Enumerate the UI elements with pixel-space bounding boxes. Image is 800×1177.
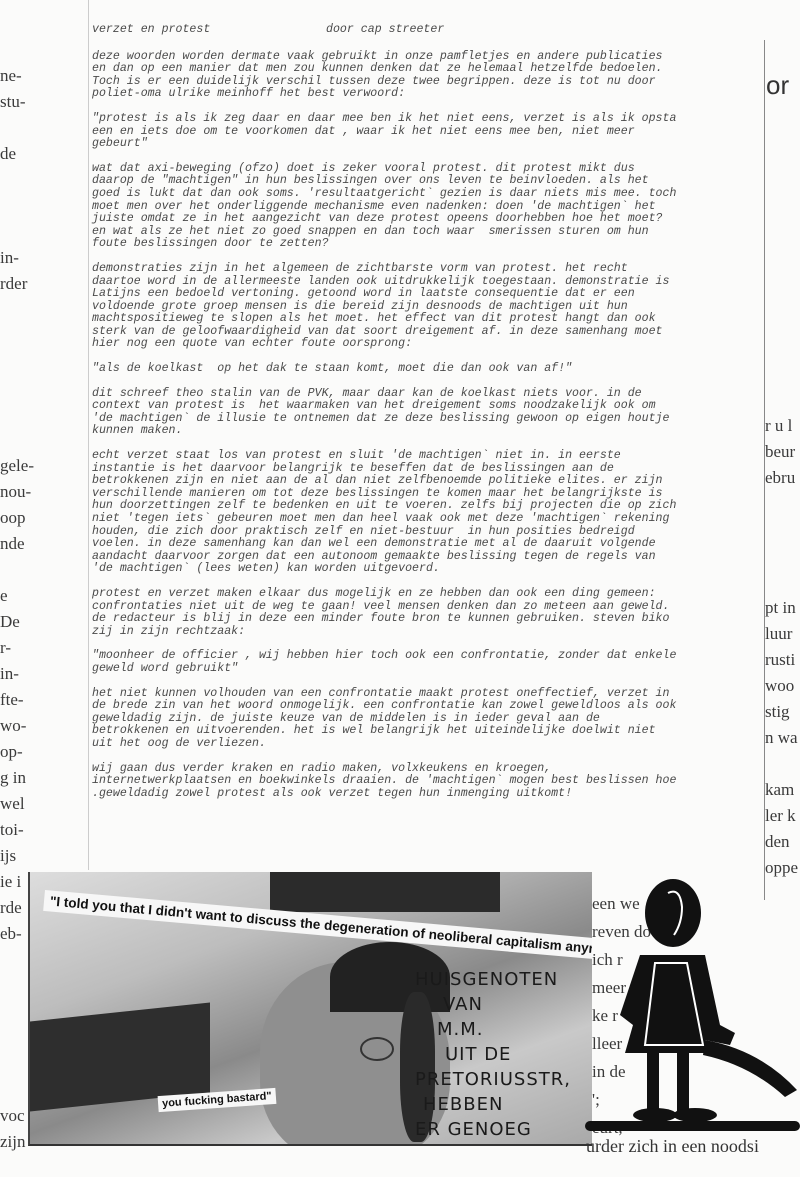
- article-paragraph: echt verzet staat los van protest en slu…: [92, 450, 762, 576]
- stick-figure-drawing-icon: [585, 875, 800, 1137]
- background-text-fragment: [0, 166, 50, 192]
- background-bottom-text: urder zich in een noodsi: [586, 1136, 759, 1157]
- handwritten-note: HuisgenotenvanM.M.uit depretoriusstr,heb…: [415, 967, 592, 1146]
- photo-collage: "I told you that I didn't want to discus…: [28, 872, 592, 1146]
- handwritten-line: pretoriusstr,: [415, 1067, 592, 1092]
- article-paragraph: dit schreef theo stalin van de PVK, maar…: [92, 388, 762, 438]
- background-text-fragment: stu-: [0, 88, 50, 114]
- article-body: deze woorden worden dermate vaak gebruik…: [92, 51, 762, 801]
- article-paragraph: het niet kunnen volhouden van een confro…: [92, 688, 762, 751]
- article-paragraph: "als de koelkast op het dak te staan kom…: [92, 363, 762, 376]
- background-text-fragment: r-: [0, 634, 50, 660]
- article-byline: door cap streeter: [326, 24, 444, 37]
- background-text-fragment: e: [0, 582, 50, 608]
- article-paragraph: demonstraties zijn in het algemeen de zi…: [92, 263, 762, 351]
- background-text-fragment: ler k: [765, 802, 800, 828]
- background-text-fragment: [0, 426, 50, 452]
- background-text-fragment: luur: [765, 620, 800, 646]
- article-header: verzet en protest door cap streeter: [92, 24, 762, 37]
- background-text-fragment: ijs: [0, 842, 50, 868]
- background-text-fragment: nde: [0, 530, 50, 556]
- background-text-fragment: [765, 750, 800, 776]
- background-text-fragment: in-: [0, 660, 50, 686]
- article: verzet en protest door cap streeter deze…: [92, 24, 762, 812]
- handwritten-line: er genoeg: [415, 1117, 592, 1142]
- background-text-fragment: rder: [0, 270, 50, 296]
- handwritten-line: van: [443, 992, 592, 1017]
- background-text-fragment: wo-: [0, 712, 50, 738]
- background-text-fragment: [0, 556, 50, 582]
- photo-glasses: [360, 1037, 394, 1061]
- background-text-fragment: [0, 218, 50, 244]
- article-paragraph: wat dat axi-beweging (ofzo) doet is zeke…: [92, 163, 762, 251]
- background-right-heading-fragment: or: [766, 70, 789, 101]
- background-text-fragment: [0, 400, 50, 426]
- background-text-fragment: pt in: [765, 594, 800, 620]
- handwritten-line: hebben: [423, 1092, 592, 1117]
- handwritten-line: uit de: [445, 1042, 592, 1067]
- article-paragraph: "moonheer de officier , wij hebben hier …: [92, 650, 762, 675]
- background-text-fragment: [0, 296, 50, 322]
- background-text-fragment: rusti: [765, 646, 800, 672]
- background-text-fragment: [0, 374, 50, 400]
- background-text-fragment: beur: [765, 438, 800, 464]
- background-text-fragment: [765, 516, 800, 542]
- background-text-fragment: nou-: [0, 478, 50, 504]
- background-text-fragment: [0, 322, 50, 348]
- background-text-fragment: r u l: [765, 412, 800, 438]
- background-text-fragment: ebru: [765, 464, 800, 490]
- background-text-fragment: op-: [0, 738, 50, 764]
- background-text-fragment: toi-: [0, 816, 50, 842]
- background-text-fragment: [0, 348, 50, 374]
- background-text-fragment: g in: [0, 764, 50, 790]
- background-text-fragment: [765, 490, 800, 516]
- background-text-fragment: [765, 542, 800, 568]
- handwritten-line: van!: [465, 1142, 592, 1146]
- background-text-fragment: in-: [0, 244, 50, 270]
- background-right-text-fragments: r u lbeurebrupt inluurrusti woostign wak…: [765, 412, 800, 880]
- background-text-fragment: fte-: [0, 686, 50, 712]
- background-text-fragment: stig: [765, 698, 800, 724]
- background-text-fragment: gele-: [0, 452, 50, 478]
- background-text-fragment: ne-: [0, 62, 50, 88]
- article-paragraph: wij gaan dus verder kraken en radio make…: [92, 763, 762, 801]
- article-paragraph: "protest is als ik zeg daar en daar mee …: [92, 113, 762, 151]
- background-text-fragment: [0, 114, 50, 140]
- article-title: verzet en protest: [92, 24, 326, 37]
- article-paragraph: protest en verzet maken elkaar dus mogel…: [92, 588, 762, 638]
- background-text-fragment: [0, 192, 50, 218]
- background-text-fragment: [765, 568, 800, 594]
- background-text-fragment: woo: [765, 672, 800, 698]
- page-edge-line: [88, 0, 89, 870]
- handwritten-line: M.M.: [437, 1017, 592, 1042]
- background-text-fragment: den: [765, 828, 800, 854]
- background-text-fragment: oop: [0, 504, 50, 530]
- handwritten-line: Huisgenoten: [415, 967, 592, 992]
- background-text-fragment: kam: [765, 776, 800, 802]
- background-text-fragment: n wa: [765, 724, 800, 750]
- article-paragraph: deze woorden worden dermate vaak gebruik…: [92, 51, 762, 101]
- background-text-fragment: wel: [0, 790, 50, 816]
- background-text-fragment: de: [0, 140, 50, 166]
- photo-hand-shape: [270, 872, 500, 912]
- background-text-fragment: De: [0, 608, 50, 634]
